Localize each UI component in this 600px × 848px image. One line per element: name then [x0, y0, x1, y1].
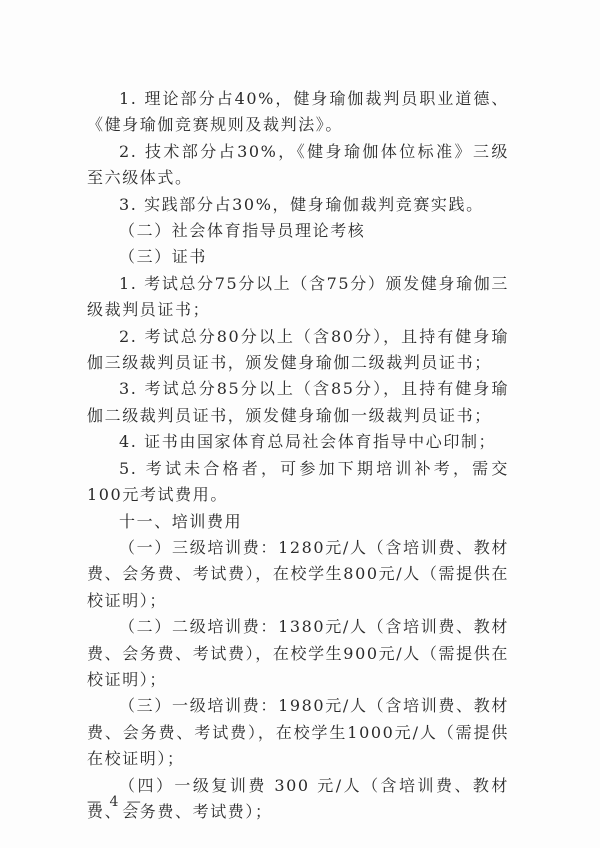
page-number: — 4 —	[87, 794, 143, 810]
paragraph-practice-part: 3. 实践部分占30%，健身瑜伽裁判竞赛实践。	[87, 192, 509, 218]
document-page: 1. 理论部分占40%，健身瑜伽裁判员职业道德、《健身瑜伽竞赛规则及裁判法》。 …	[0, 0, 600, 848]
paragraph-cert-level-2: 2. 考试总分80分以上（含80分），且持有健身瑜伽三级裁判员证书，颁发健身瑜伽…	[87, 324, 509, 377]
subsection-social-sports-instructor: （二）社会体育指导员理论考核	[87, 218, 509, 244]
paragraph-technique-part: 2. 技术部分占30%，《健身瑜伽体位标准》三级至六级体式。	[87, 139, 509, 192]
document-body: 1. 理论部分占40%，健身瑜伽裁判员职业道德、《健身瑜伽竞赛规则及裁判法》。 …	[87, 86, 509, 825]
paragraph-fee-level-1: （三）一级培训费：1980元/人（含培训费、教材费、会务费、考试费），在校学生1…	[87, 693, 509, 772]
paragraph-cert-printing: 4. 证书由国家体育总局社会体育指导中心印制；	[87, 429, 509, 455]
paragraph-cert-level-3: 1. 考试总分75分以上（含75分）颁发健身瑜伽三级裁判员证书；	[87, 271, 509, 324]
subsection-certificate: （三）证书	[87, 244, 509, 270]
paragraph-cert-level-1: 3. 考试总分85分以上（含85分），且持有健身瑜伽二级裁判员证书，颁发健身瑜伽…	[87, 376, 509, 429]
paragraph-fee-level-3: （一）三级培训费：1280元/人（含培训费、教材费、会务费、考试费），在校学生8…	[87, 535, 509, 614]
section-heading-training-fees: 十一、培训费用	[87, 509, 509, 535]
paragraph-retraining-fee: （四）一级复训费 300 元/人（含培训费、教材费、会务费、考试费）；	[87, 773, 509, 826]
paragraph-theory-part: 1. 理论部分占40%，健身瑜伽裁判员职业道德、《健身瑜伽竞赛规则及裁判法》。	[87, 86, 509, 139]
paragraph-fee-level-2: （二）二级培训费：1380元/人（含培训费、教材费、会务费、考试费），在校学生9…	[87, 614, 509, 693]
paragraph-retake-exam: 5. 考试未合格者，可参加下期培训补考，需交100元考试费用。	[87, 456, 509, 509]
